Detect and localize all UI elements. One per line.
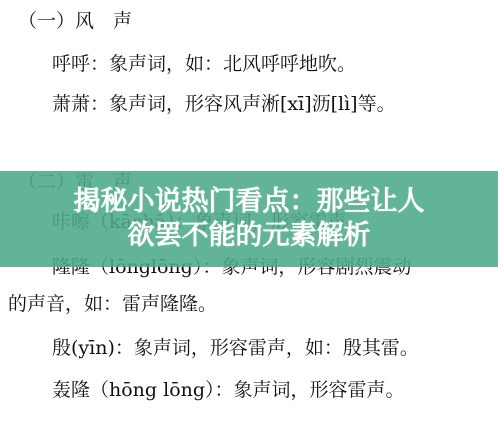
section-heading-wind: （一）风 声 xyxy=(18,9,132,33)
banner-title-line1: 揭秘小说热门看点：那些让人 xyxy=(74,185,425,219)
banner-title-line2: 欲罢不能的元素解析 xyxy=(128,219,371,253)
entry-honglong: 轰隆（hōng lōng）：象声词，形容雷声。 xyxy=(52,378,405,402)
title-banner: 揭秘小说热门看点：那些让人 欲罢不能的元素解析 xyxy=(0,171,498,267)
entry-yin: 殷(yīn)：象声词，形容雷声，如：殷其雷。 xyxy=(52,336,419,360)
entry-xiaoxiao: 萧萧：象声词，形容风声淅[xī]沥[lì]等。 xyxy=(52,92,396,116)
entry-longlong-cont: 的声音，如：雷声隆隆。 xyxy=(8,292,217,316)
entry-huhu: 呼呼：象声词，如：北风呼呼地吹。 xyxy=(52,52,356,76)
